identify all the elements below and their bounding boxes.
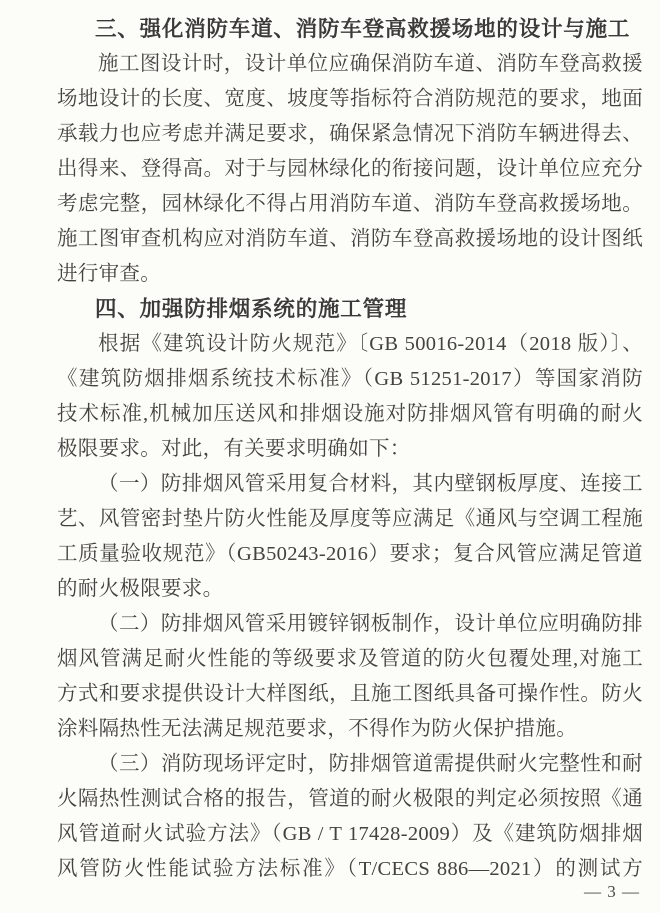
- text-line: （三）消防现场评定时，防排烟管道需提供耐火完整性和耐: [57, 747, 643, 782]
- text-line: 进行审查。: [57, 257, 643, 292]
- page-number: — 3 —: [584, 882, 640, 902]
- text-line: 《建筑防烟排烟系统技术标准》（GB 51251-2017）等国家消防: [57, 362, 643, 397]
- text-line: 施工图设计时，设计单位应确保消防车道、消防车登高救援: [57, 47, 643, 82]
- text-line: 的耐火极限要求。: [57, 572, 643, 607]
- text-line: 涂料隔热性无法满足规范要求，不得作为防火保护措施。: [57, 712, 643, 747]
- text-line: 考虑完整，园林绿化不得占用消防车道、消防车登高救援场地。: [57, 187, 643, 222]
- section-heading-4: 四、加强防排烟系统的施工管理: [57, 292, 643, 327]
- text-line: （二）防排烟风管采用镀锌钢板制作，设计单位应明确防排: [57, 607, 643, 642]
- document-page: 三、强化消防车道、消防车登高救援场地的设计与施工 施工图设计时，设计单位应确保消…: [0, 0, 660, 913]
- text-line: 根据《建筑设计防火规范》〔GB 50016-2014（2018 版）〕、: [57, 327, 643, 362]
- text-line: 烟风管满足耐火性能的等级要求及管道的防火包覆处理,对施工: [57, 642, 643, 677]
- text-line: 工质量验收规范》（GB50243-2016）要求；复合风管应满足管道: [57, 537, 643, 572]
- text-line: 艺、风管密封垫片防火性能及厚度等应满足《通风与空调工程施: [57, 502, 643, 537]
- text-line: 施工图审查机构应对消防车道、消防车登高救援场地的设计图纸: [57, 222, 643, 257]
- text-line: 场地设计的长度、宽度、坡度等指标符合消防规范的要求，地面: [57, 82, 643, 117]
- text-line: 风管防火性能试验方法标准》（T/CECS 886—2021）的测试方法，: [57, 852, 643, 887]
- text-line: （一）防排烟风管采用复合材料，其内壁钢板厚度、连接工: [57, 467, 643, 502]
- text-line: 承载力也应考虑并满足要求，确保紧急情况下消防车辆进得去、: [57, 117, 643, 152]
- text-line: 方式和要求提供设计大样图纸，且施工图纸具备可操作性。防火: [57, 677, 643, 712]
- text-line: 风管道耐火试验方法》（GB / T 17428-2009）及《建筑防烟排烟: [57, 817, 643, 852]
- section-heading-3: 三、强化消防车道、消防车登高救援场地的设计与施工: [57, 12, 643, 47]
- text-line: 出得来、登得高。对于与园林绿化的衔接问题，设计单位应充分: [57, 152, 643, 187]
- text-line: 火隔热性测试合格的报告，管道的耐火极限的判定必须按照《通: [57, 782, 643, 817]
- text-line: 技术标准,机械加压送风和排烟设施对防排烟风管有明确的耐火: [57, 397, 643, 432]
- text-line: 极限要求。对此，有关要求明确如下：: [57, 432, 643, 467]
